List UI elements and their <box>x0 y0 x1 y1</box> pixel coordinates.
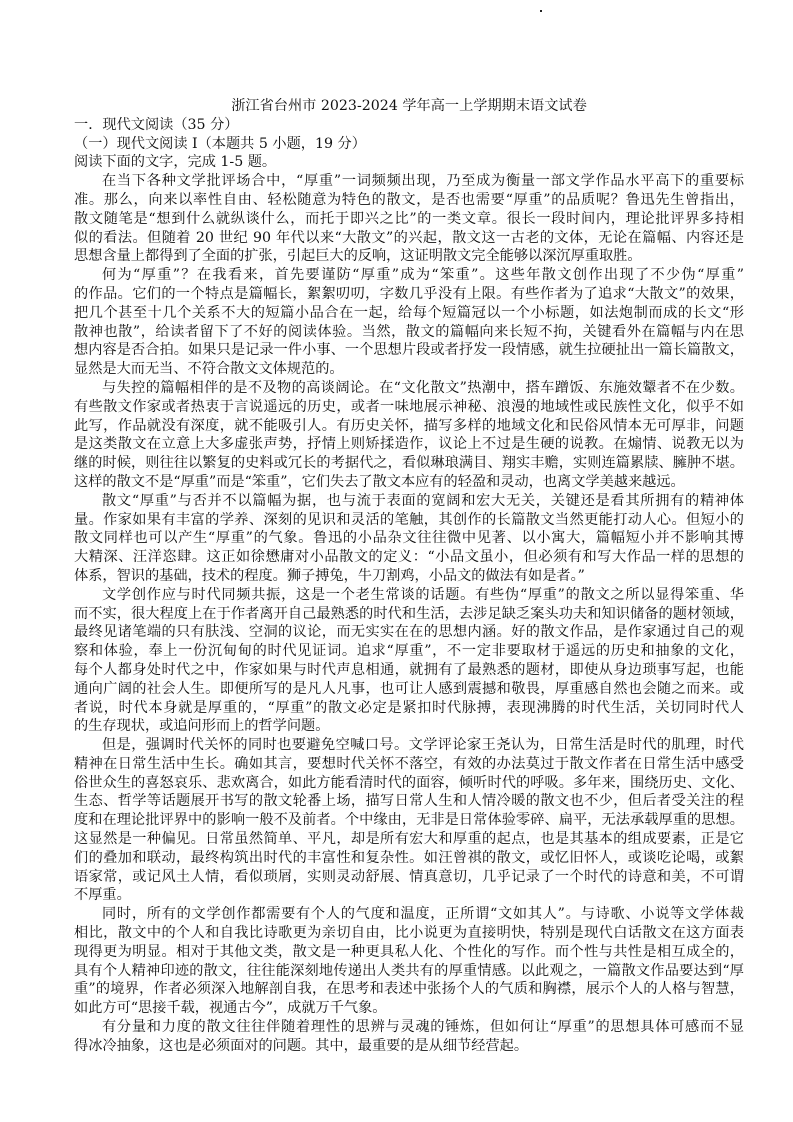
section-heading: 一．现代文阅读（35 分） <box>74 116 744 135</box>
paragraph-line: 是这类散文在立意上大多虚张声势，抒情上则矫揉造作，议论上不过是生硬的说教。在煽情… <box>74 435 744 454</box>
paragraph-line: 散文同样也可以产生“厚重”的气象。鲁迅的小品杂文往往微中见著、以小寓大，篇幅短小… <box>74 529 744 548</box>
paragraph-line: 们的叠加和联动，最终构筑出时代的丰富性和复杂性。如汪曾祺的散文，或忆旧怀人，或谈… <box>74 849 744 868</box>
paragraph-line: 继的时候，则往往以繁复的史料或冗长的考据代之，看似琳琅满目、翔实丰赡，实则连篇累… <box>74 454 744 473</box>
paragraph-line: 每个人都身处时代之中，作家如果与时代声息相通，就拥有了最熟悉的题材，即使从身边琐… <box>74 661 744 680</box>
paragraph: 散文“厚重”与否并不以篇幅为据，也与流于表面的宽阔和宏大无关，关键还是看其所拥有… <box>74 492 744 586</box>
paragraph-line: 量。作家如果有丰富的学养、深刻的见识和灵活的笔触，其创作的长篇散文当然更能打动人… <box>74 511 744 530</box>
paragraph: 在当下各种文学批评场合中，“厚重”一词频频出现，乃至成为衡量一部文学作品水平高下… <box>74 172 744 266</box>
subsection-heading: （一）现代文阅读 I（本题共 5 小题，19 分） <box>74 135 744 154</box>
paragraph-line: 的生存现状，或追问形而上的哲学问题。 <box>74 717 744 736</box>
reading-instruction: 阅读下面的文字，完成 1-5 题。 <box>74 153 744 172</box>
paragraph: 与失控的篇幅相伴的是不及物的高谈阔论。在“文化散文”热潮中，搭车蹭饭、东施效颦者… <box>74 379 744 492</box>
paragraph-line: 这样的散文不是“厚重”而是“笨重”，它们失去了散文本应有的轻盈和灵动，也离文学美… <box>74 473 744 492</box>
paragraph: 何为“厚重”？在我看来，首先要谨防“厚重”成为“笨重”。这些年散文创作出现了不少… <box>74 266 744 379</box>
paragraph-line: 生态、哲学等话题展开书写的散文轮番上场，描写日常人生和人情冷暖的散文也不少，但后… <box>74 792 744 811</box>
paragraph-line: 而不实，很大程度上在于作者离开自己最熟悉的时代和生活，去涉足缺乏案头功夫和知识储… <box>74 605 744 624</box>
paragraph: 文学创作应与时代同频共振，这是一个老生常谈的话题。有些伪“厚重”的散文之所以显得… <box>74 586 744 736</box>
paragraph-line: 似的看法。但随着 20 世纪 90 年代以来“大散文”的兴起，散文这一古老的文体… <box>74 229 744 248</box>
exam-title: 浙江省台州市 2023-2024 学年高一上学期期末语文试卷 <box>74 97 744 116</box>
paragraph-line: 与失控的篇幅相伴的是不及物的高谈阔论。在“文化散文”热潮中，搭车蹭饭、东施效颦者… <box>74 379 744 398</box>
paragraph-line: 显然是大而无当、不符合散文文体规范的。 <box>74 360 744 379</box>
paragraph: 但是，强调时代关怀的同时也要避免空喊口号。文学评论家王尧认为，日常生活是时代的肌… <box>74 736 744 905</box>
paragraph-line: 想内容是否合拍。如果只是记录一件小事、一个思想片段或者抒发一段情感，就生拉硬扯出… <box>74 341 744 360</box>
paragraph-line: 俗世众生的喜怒哀乐、悲欢离合，如此方能看清时代的面容，倾听时代的呼吸。多年来，围… <box>74 774 744 793</box>
paragraph-line: 的作品。它们的一个特点是篇幅长，絮絮叨叨，字数几乎没有上限。有些作者为了追求“大… <box>74 285 744 304</box>
paragraph-line: 散文“厚重”与否并不以篇幅为据，也与流于表面的宽阔和宏大无关，关键还是看其所拥有… <box>74 492 744 511</box>
paragraph-line: 如此方可“思接千载，视通古今”，成就万千气象。 <box>74 999 744 1018</box>
paragraph-line: 有些散文作家或者热衷于言说遥远的历史，或者一味地展示神秘、浪漫的地域性或民族性文… <box>74 398 744 417</box>
paragraph-line: 不厚重。 <box>74 886 744 905</box>
paragraph-line: 大精深、汪洋恣肆。这正如徐懋庸对小品散文的定义：“小品文虽小，但必须有和写大作品… <box>74 548 744 567</box>
paragraph-line: 准。那么，向来以率性自由、轻松随意为特色的散文，是否也需要“厚重”的品质呢？鲁迅… <box>74 191 744 210</box>
paragraph-line: 把几个甚至十几个关系不大的短篇小品合在一起，给每个短篇冠以一个小标题，如法炮制而… <box>74 304 744 323</box>
paragraph-line: 者说，时代本身就是厚重的，“厚重”的散文必定是紧扣时代脉搏，表现沸腾的时代生活，… <box>74 699 744 718</box>
paragraph: 有分量和力度的散文往往伴随着理性的思辨与灵魂的锤炼，但如何让“厚重”的思想具体可… <box>74 1018 744 1056</box>
paragraph-line: 语家常，或记风土人情，看似琐屑，实则灵动舒展、情真意切，几乎记录了一个时代的诗意… <box>74 868 744 887</box>
page-mark-dot <box>540 10 542 12</box>
paragraph-line: 这显然是一种偏见。日常虽然简单、平凡，却是所有宏大和厚重的起点，也是其基本的组成… <box>74 830 744 849</box>
paragraph-line: 体系，智识的基础，技术的程度。狮子搏兔，牛刀割鸡，小品文的做法有如是者。” <box>74 567 744 586</box>
paragraph-line: 同时，所有的文学创作都需要有个人的气度和温度，正所谓“文如其人”。与诗歌、小说等… <box>74 905 744 924</box>
paragraph-line: 相比，散文中的个人和自我比诗歌更为亲切自由，比小说更为直接明快，特别是现代白话散… <box>74 924 744 943</box>
paragraph-line: 思想含量上都得到了全面的扩张，引起巨大的反响，这证明散文完全能够以深沉厚重取胜。 <box>74 247 744 266</box>
paragraph-line: 现得更为明显。相对于其他文类，散文是一种更具私人化、个性化的写作。而个性与共性是… <box>74 943 744 962</box>
exam-page: 浙江省台州市 2023-2024 学年高一上学期期末语文试卷 一．现代文阅读（3… <box>74 97 744 1056</box>
paragraph-line: 最终见诸笔端的只有肤浅、空洞的议论，而无实实在在的思想内涵。好的散文作品，是作家… <box>74 623 744 642</box>
paragraph-line: 散文随笔是“想到什么就纵谈什么，而托于即兴之比”的一类文章。很长一段时间内，理论… <box>74 210 744 229</box>
paragraph-line: 察和体验，奉上一份沉甸甸的时代见证词。追求“厚重”，不一定非要取材于遥远的历史和… <box>74 642 744 661</box>
paragraph-line: 散神也散”，给读者留下了不好的阅读体验。当然，散文的篇幅向来长短不拘，关键看外在… <box>74 323 744 342</box>
paragraph-line: 得冰冷抽象，这也是必须面对的问题。其中，最重要的是从细节经营起。 <box>74 1037 744 1056</box>
paragraph-line: 此写，作品就没有深度，就不能吸引人。有历史关怀，描写多样的地域文化和民俗风情本无… <box>74 417 744 436</box>
paragraph-line: 有分量和力度的散文往往伴随着理性的思辨与灵魂的锤炼，但如何让“厚重”的思想具体可… <box>74 1018 744 1037</box>
paragraph-line: 精神在日常生活中生长。确如其言，要想时代关怀不落空，有效的办法莫过于散文作者在日… <box>74 755 744 774</box>
paragraph-line: 在当下各种文学批评场合中，“厚重”一词频频出现，乃至成为衡量一部文学作品水平高下… <box>74 172 744 191</box>
paragraph-line: 具有个人精神印迹的散文，往往能深刻地传递出人类共有的厚重情感。以此观之，一篇散文… <box>74 962 744 981</box>
paragraph-line: 文学创作应与时代同频共振，这是一个老生常谈的话题。有些伪“厚重”的散文之所以显得… <box>74 586 744 605</box>
paragraph-line: 但是，强调时代关怀的同时也要避免空喊口号。文学评论家王尧认为，日常生活是时代的肌… <box>74 736 744 755</box>
paragraph-line: 通向广阔的社会人生。即便所写的是凡人凡事，也可让人感到震撼和敬畏，厚重感自然也会… <box>74 680 744 699</box>
reading-passage: 在当下各种文学批评场合中，“厚重”一词频频出现，乃至成为衡量一部文学作品水平高下… <box>74 172 744 1055</box>
paragraph-line: 度和在理论批评界中的影响一般不及前者。个中缘由，无非是日常体验零碎、扁平，无法承… <box>74 811 744 830</box>
paragraph-line: 何为“厚重”？在我看来，首先要谨防“厚重”成为“笨重”。这些年散文创作出现了不少… <box>74 266 744 285</box>
paragraph-line: 重”的境界，作者必须深入地解剖自我，在思考和表述中张扬个人的气质和胸襟，展示个人… <box>74 980 744 999</box>
paragraph: 同时，所有的文学创作都需要有个人的气度和温度，正所谓“文如其人”。与诗歌、小说等… <box>74 905 744 1018</box>
